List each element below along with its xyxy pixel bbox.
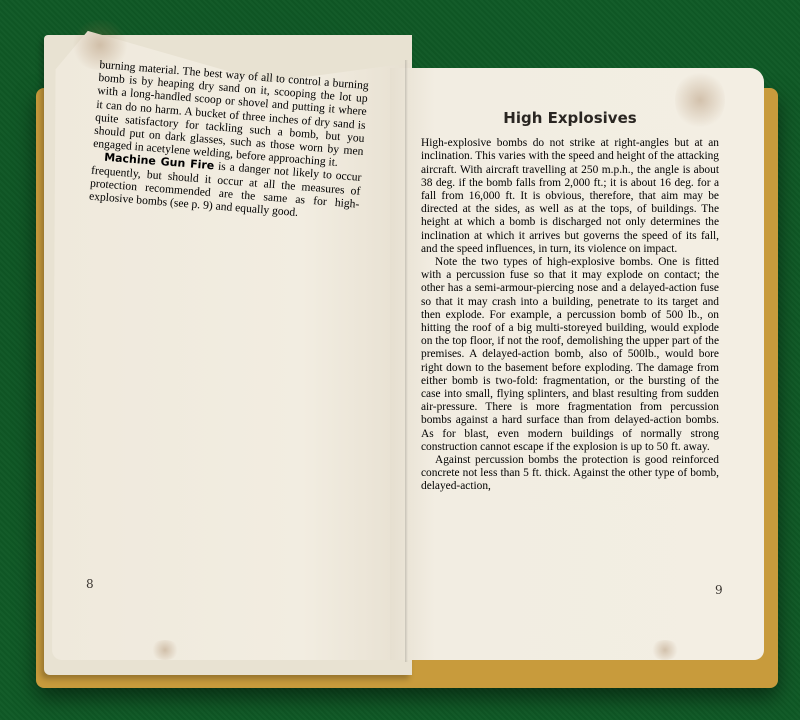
page-number-right: 9	[715, 583, 723, 597]
page-stain	[650, 640, 680, 660]
paragraph: High-explosive bombs do not strike at ri…	[421, 137, 719, 256]
paragraph: Note the two types of high-explosive bom…	[421, 256, 719, 454]
left-page-text: burning material. The best way of all to…	[89, 58, 370, 224]
page-number-left: 8	[86, 577, 94, 591]
page-stain	[150, 640, 180, 660]
right-page-text: High Explosives High-explosive bombs do …	[421, 112, 719, 494]
open-book: burning material. The best way of all to…	[0, 0, 800, 720]
section-heading: High Explosives	[421, 112, 719, 125]
book-gutter	[405, 60, 408, 662]
paragraph: Against percussion bombs the protection …	[421, 454, 719, 494]
